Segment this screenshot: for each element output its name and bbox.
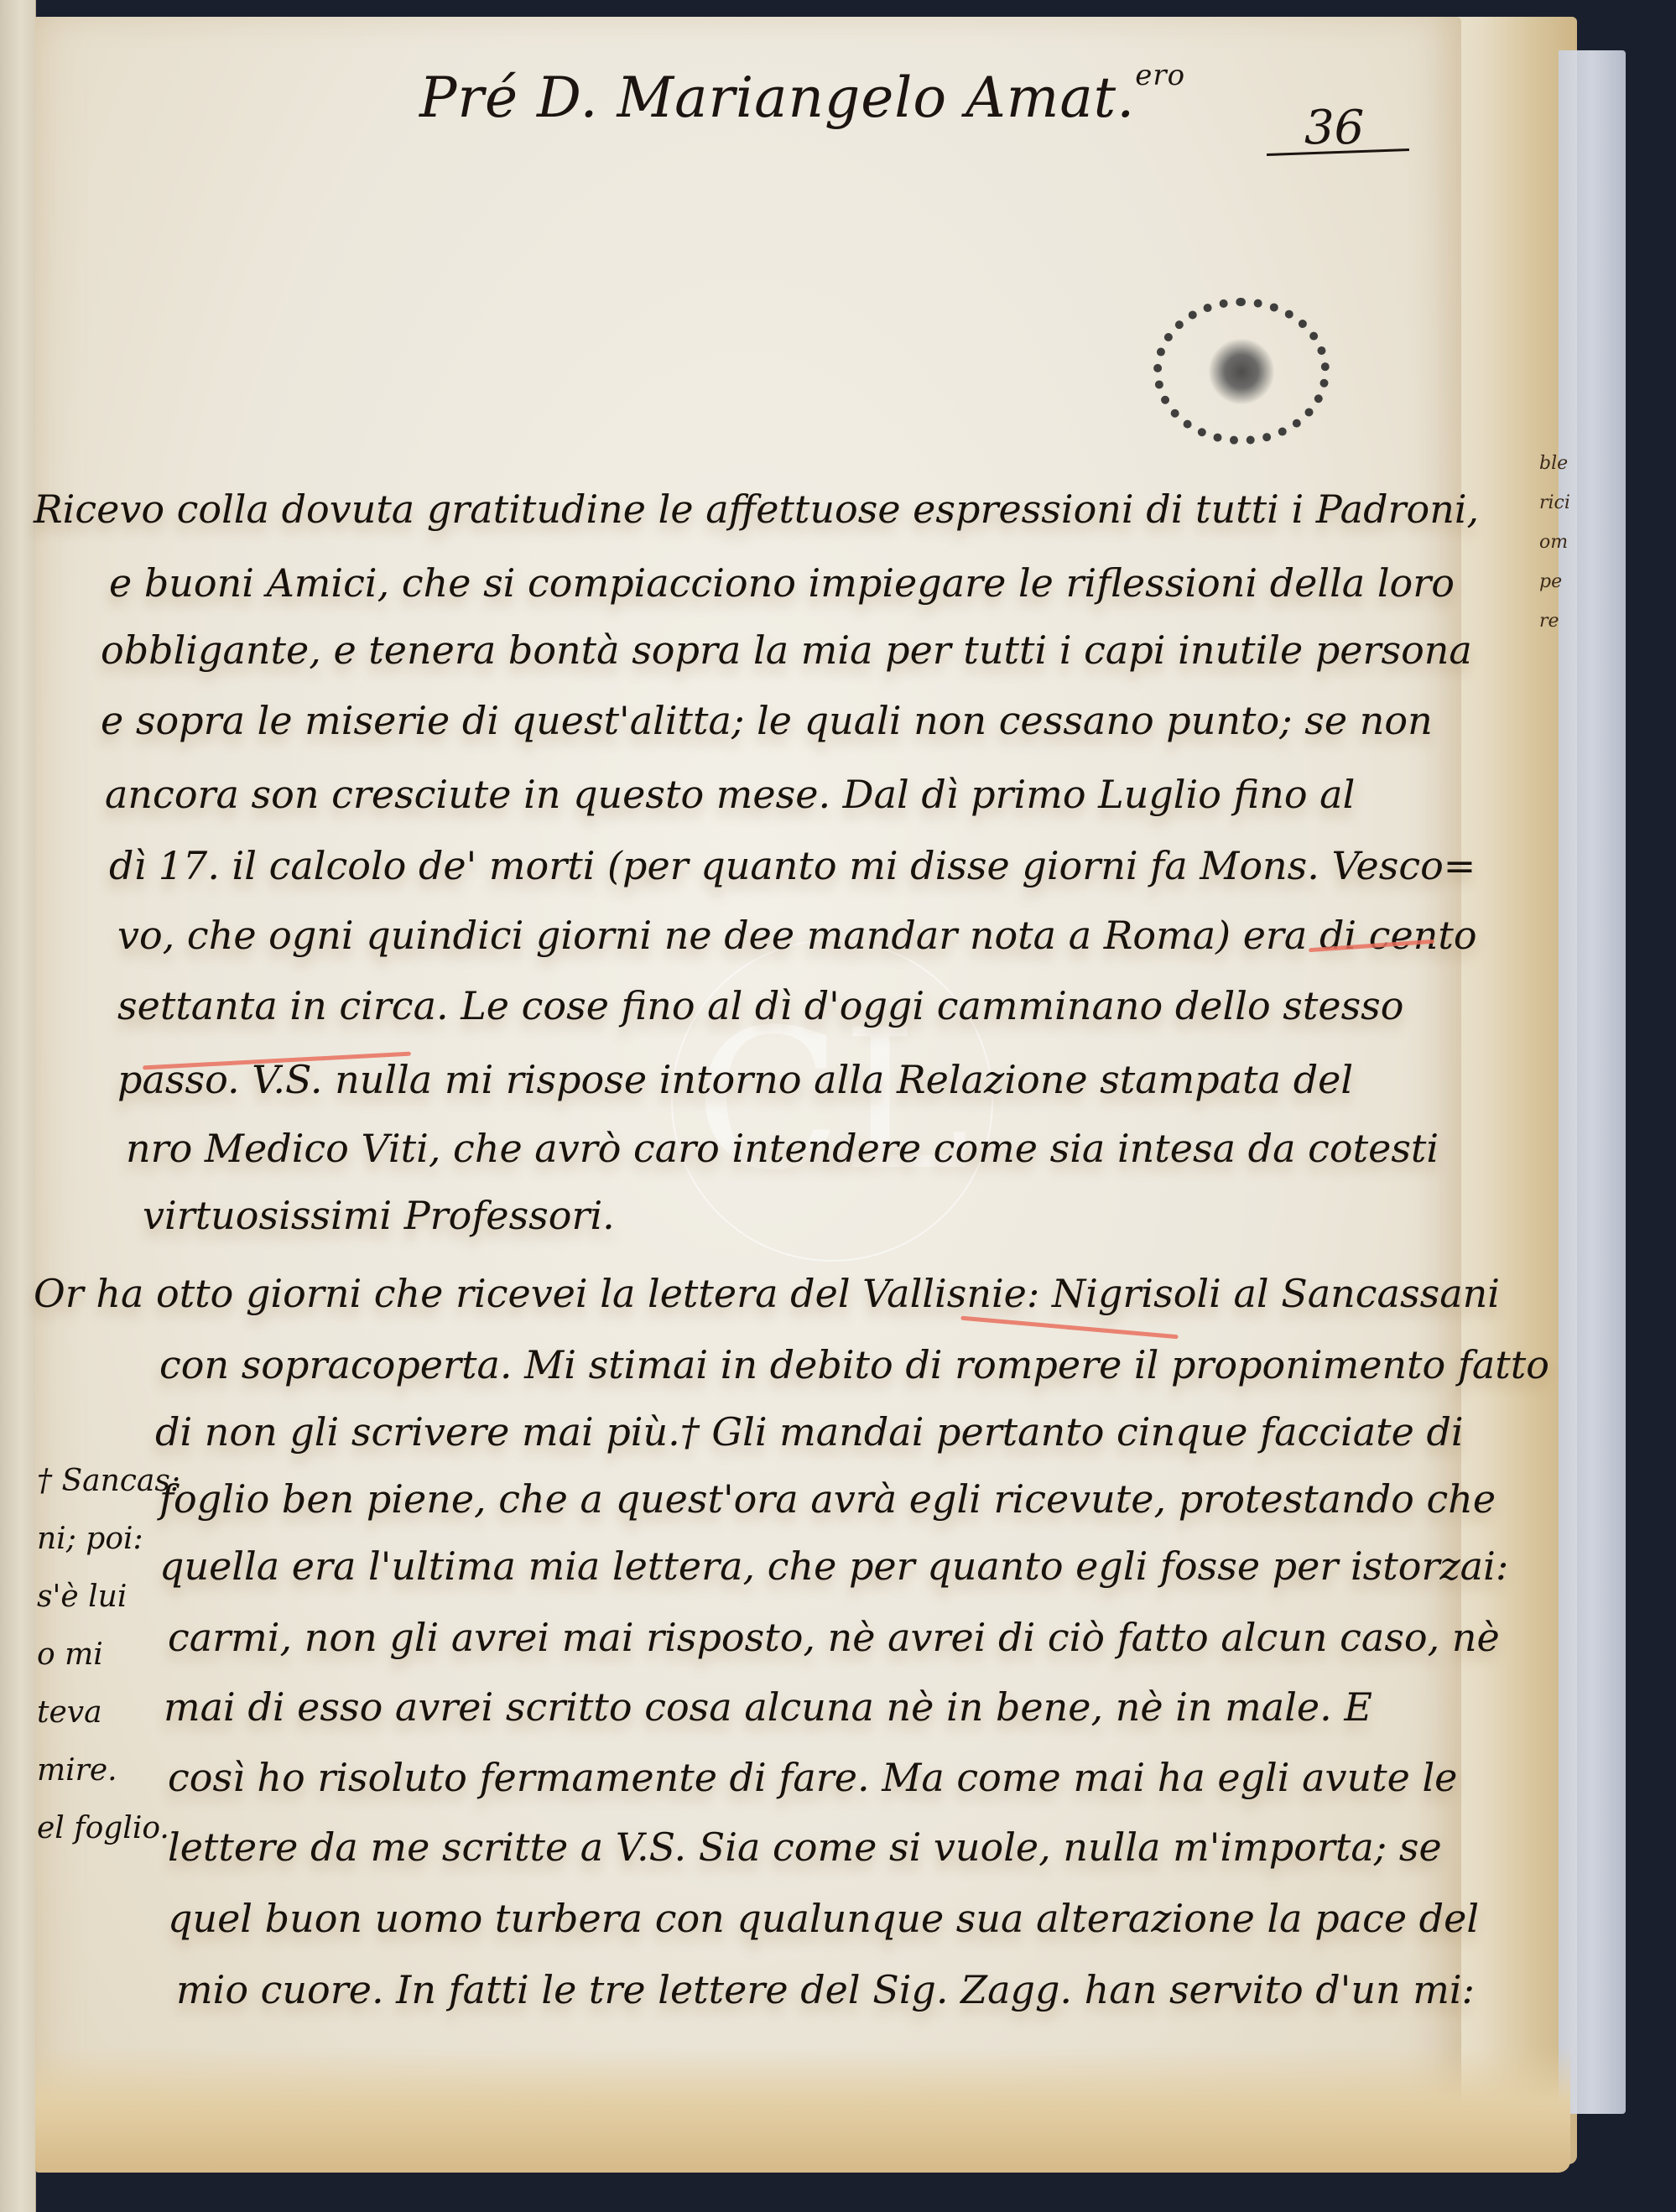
archive-stamp-icon — [1153, 298, 1330, 445]
margin-note-line: el foglio. — [37, 1811, 180, 1845]
text-line: virtuosissimi Professori. — [143, 1193, 615, 1238]
margin-note-line: mire. — [37, 1753, 180, 1788]
protective-tissue-sheet — [1559, 50, 1626, 2114]
adjacent-page-fragments: ble rici om pe re — [1539, 453, 1581, 632]
folio-number: 36 — [1304, 101, 1364, 155]
book-binding-edge — [0, 0, 36, 2212]
text-line: con sopracoperta. Mi stimai in debito di… — [159, 1342, 1549, 1387]
text-line: Or ha otto giorni che ricevei la lettera… — [34, 1271, 1500, 1316]
margin-note-line: ni; poi: — [37, 1522, 180, 1556]
text-line: dì 17. il calcolo de' morti (per quanto … — [109, 843, 1476, 888]
left-margin-note: † Sancas: ni; poi: s'è lui o mi teva mir… — [37, 1464, 180, 1845]
text-line: passo. V.S. nulla mi rispose intorno all… — [117, 1057, 1353, 1102]
text-line: e sopra le miserie di quest'alitta; le q… — [101, 698, 1433, 743]
text-line: foglio ben piene, che a quest'ora avrà e… — [159, 1476, 1496, 1522]
text-line: lettere da me scritte a V.S. Sia come si… — [168, 1824, 1442, 1870]
text-line: quel buon uomo turbera con qualunque sua… — [168, 1896, 1479, 1941]
margin-note-line: teva — [37, 1695, 180, 1730]
text-line: così ho risoluto fermamente di fare. Ma … — [168, 1755, 1457, 1800]
fragment: rici — [1539, 492, 1581, 513]
text-line: nro Medico Viti, che avrò caro intendere… — [126, 1126, 1439, 1171]
fragment: pe — [1539, 571, 1581, 592]
margin-note-line: s'è lui — [37, 1580, 180, 1614]
title-superscript: ero — [1135, 59, 1185, 92]
text-line: quella era l'ultima mia lettera, che per… — [159, 1543, 1508, 1589]
addressee-name: Pré D. Mariangelo Amat. — [419, 65, 1135, 130]
letter-heading: Pré D. Mariangelo Amat.ero — [419, 59, 1185, 130]
text-line: vo, che ogni quindici giorni ne dee mand… — [117, 913, 1477, 958]
fragment: ble — [1539, 453, 1581, 474]
text-line: carmi, non gli avrei mai risposto, nè av… — [168, 1615, 1500, 1660]
text-line: mai di esso avrei scritto cosa alcuna nè… — [164, 1684, 1372, 1730]
text-line: ancora son cresciute in questo mese. Dal… — [105, 772, 1355, 817]
text-line: di non gli scrivere mai più.† Gli mandai… — [155, 1409, 1464, 1455]
fragment: re — [1539, 611, 1581, 632]
text-line: e buoni Amici, che si compiacciono impie… — [109, 560, 1455, 606]
margin-note-line: o mi — [37, 1637, 180, 1672]
stamp-emblem-icon — [1208, 338, 1275, 405]
text-line: mio cuore. In fatti le tre lettere del S… — [176, 1967, 1475, 2012]
fragment: om — [1539, 532, 1581, 553]
page-bottom-edge — [35, 2047, 1570, 2173]
text-line: settanta in circa. Le cose fino al dì d'… — [117, 983, 1403, 1028]
margin-note-line: † Sancas: — [37, 1464, 180, 1498]
text-line: Ricevo colla dovuta gratitudine le affet… — [34, 487, 1479, 532]
text-line: obbligante, e tenera bontà sopra la mia … — [101, 627, 1472, 673]
